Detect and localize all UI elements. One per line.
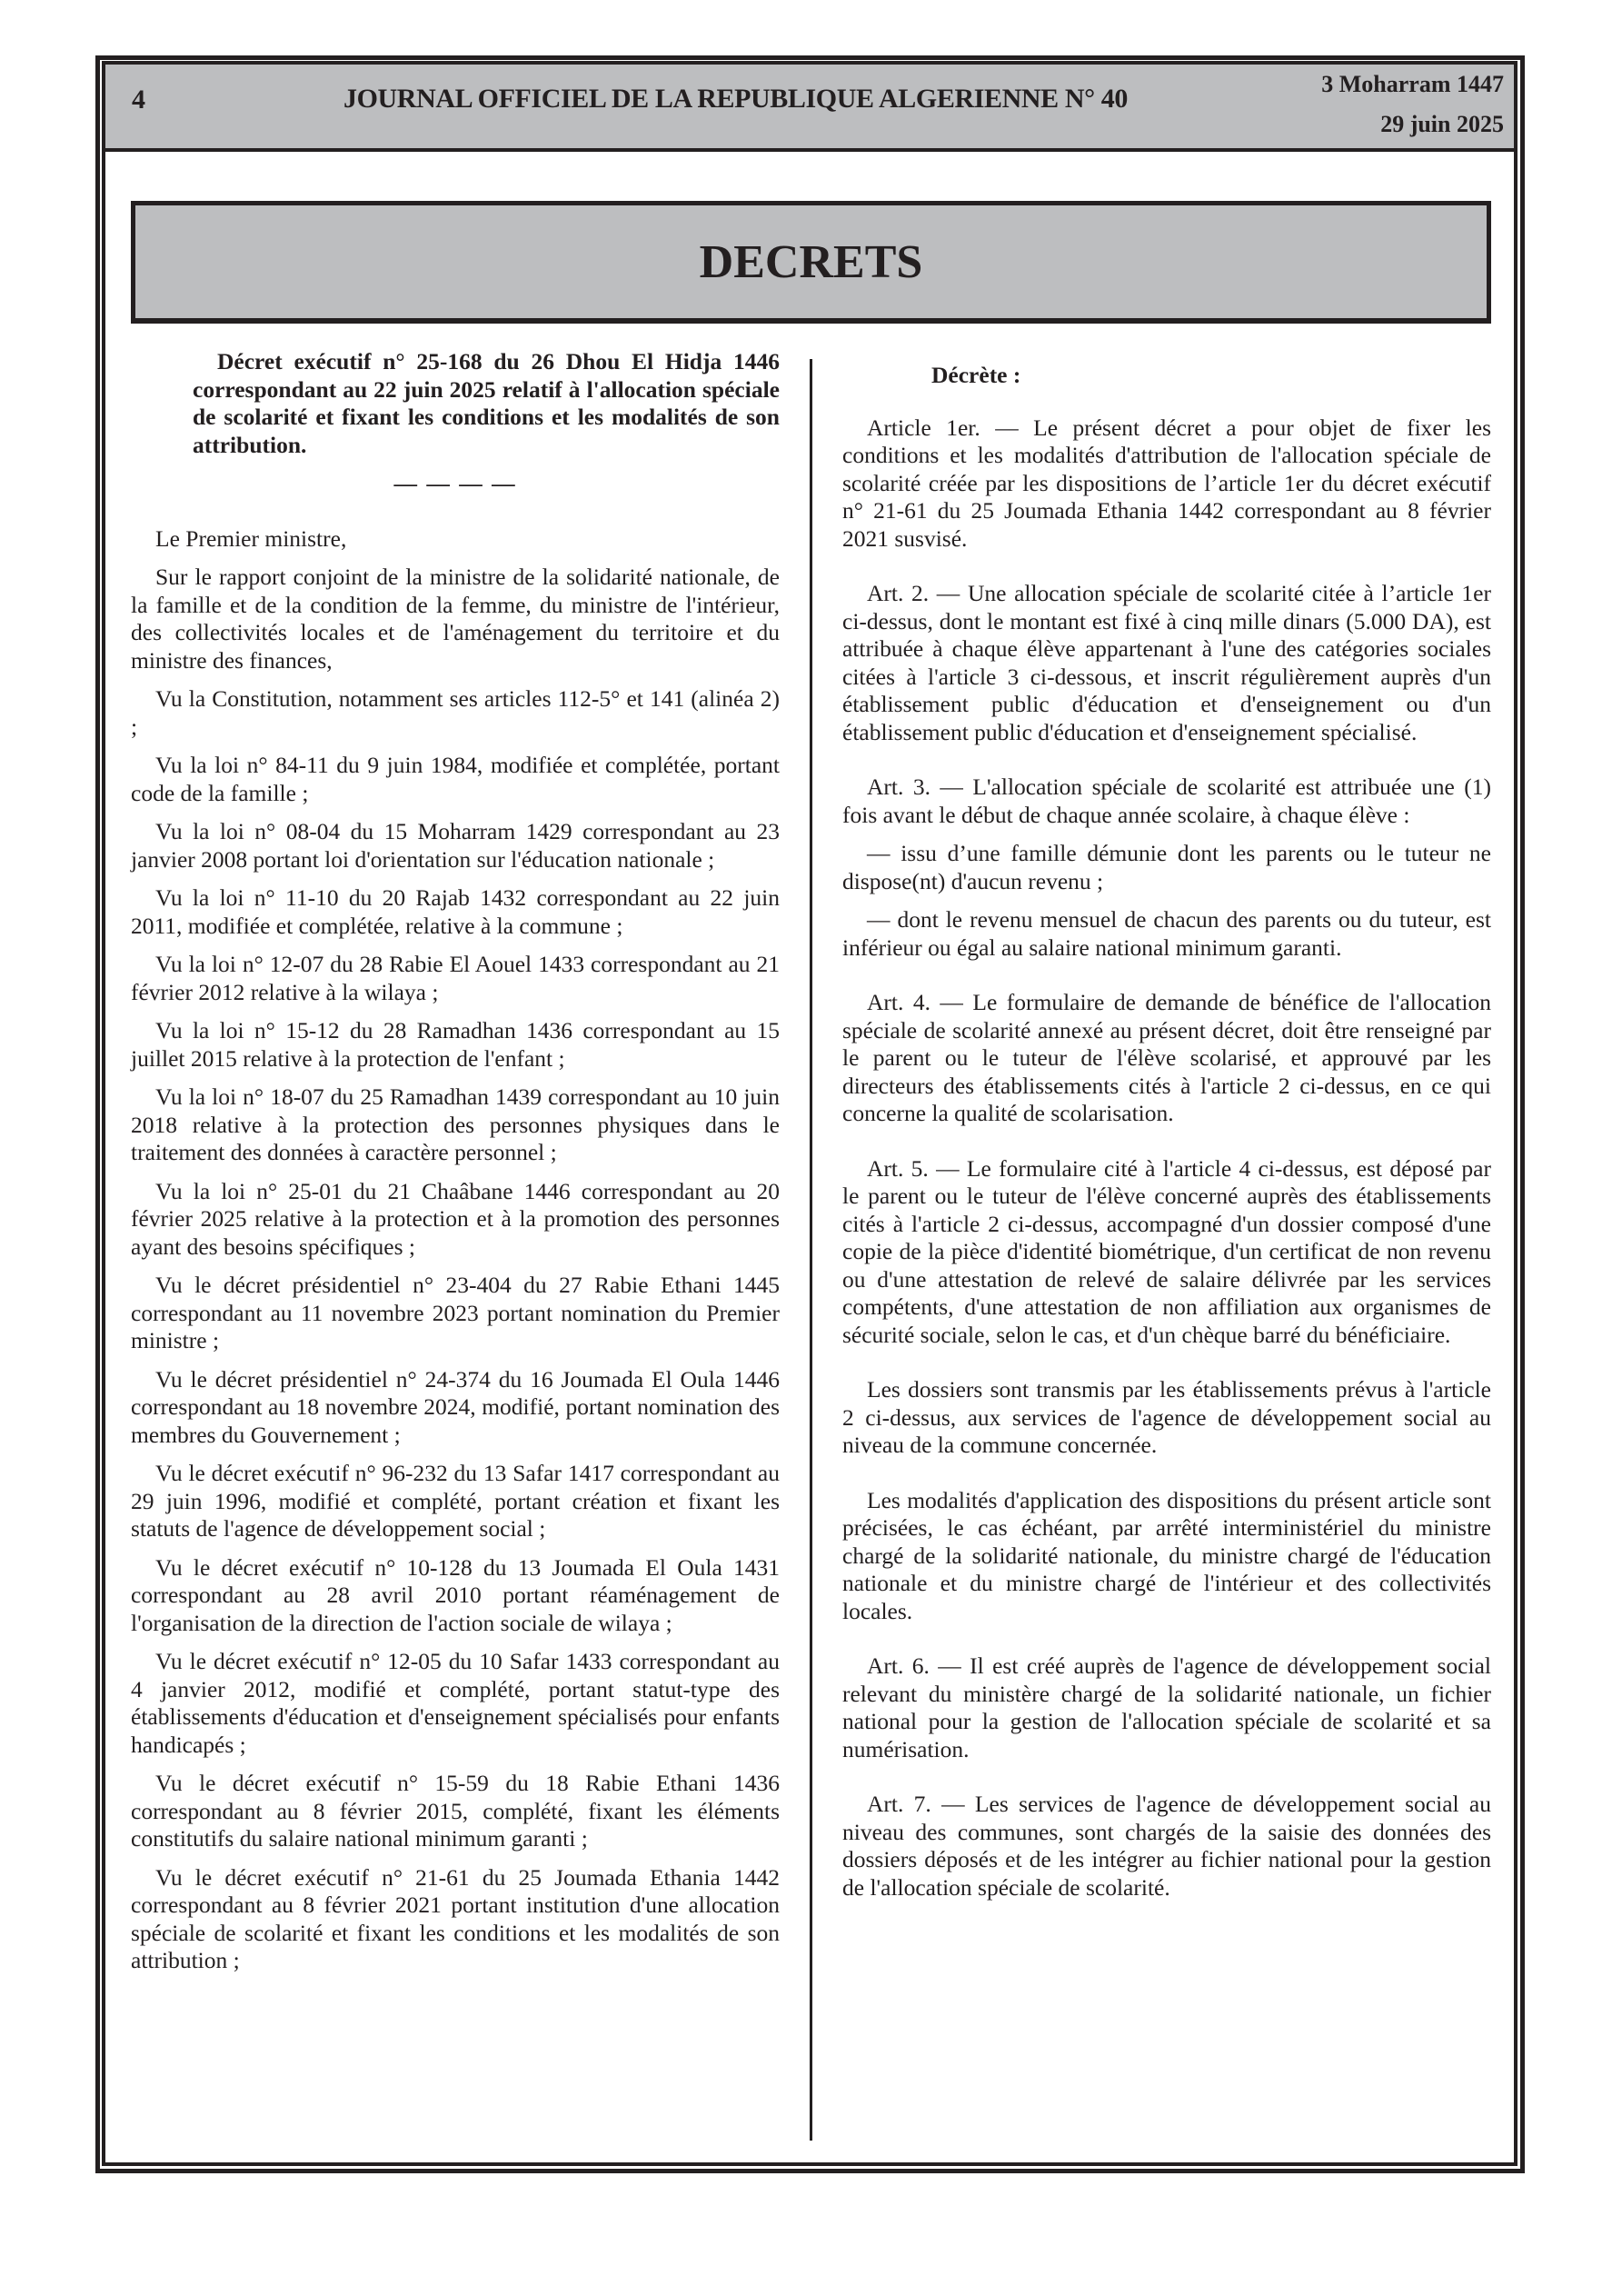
- preamble-paragraph: Le Premier ministre,: [131, 525, 780, 554]
- preamble-paragraph: Vu le décret présidentiel n° 24-374 du 1…: [131, 1366, 780, 1450]
- preamble-paragraph: Vu le décret exécutif n° 96-232 du 13 Sa…: [131, 1460, 780, 1543]
- right-column: Décrète : Article 1er. — Le présent décr…: [842, 348, 1491, 1929]
- preamble-paragraph: Vu la Constitution, notamment ses articl…: [131, 685, 780, 741]
- preamble-paragraph: Vu la loi n° 12-07 du 28 Rabie El Aouel …: [131, 951, 780, 1006]
- article-3: Art. 3. — L'allocation spéciale de scola…: [842, 774, 1491, 829]
- article-1: Article 1er. — Le présent décret a pour …: [842, 414, 1491, 554]
- preamble-paragraph: Vu la loi n° 15-12 du 28 Ramadhan 1436 c…: [131, 1017, 780, 1073]
- preamble-paragraph: Vu le décret exécutif n° 15-59 du 18 Rab…: [131, 1770, 780, 1853]
- decrees-label: Décrète :: [842, 362, 1491, 390]
- gregorian-date: 29 juin 2025: [1380, 111, 1504, 138]
- hijri-date: 3 Moharram 1447: [1321, 71, 1504, 98]
- preamble-paragraph: Vu la loi n° 08-04 du 15 Moharram 1429 c…: [131, 818, 780, 873]
- article-3-item: — dont le revenu mensuel de chacun des p…: [842, 906, 1491, 962]
- preamble-paragraph: Vu la loi n° 18-07 du 25 Ramadhan 1439 c…: [131, 1083, 780, 1167]
- preamble-paragraph: Vu la loi n° 11-10 du 20 Rajab 1432 corr…: [131, 884, 780, 940]
- article-5-paragraph: Les dossiers sont transmis par les établ…: [842, 1376, 1491, 1460]
- page-number: 4: [132, 85, 145, 115]
- preamble-paragraph: Sur le rapport conjoint de la ministre d…: [131, 564, 780, 674]
- article-4: Art. 4. — Le formulaire de demande de bé…: [842, 989, 1491, 1128]
- preamble-paragraph: Vu la loi n° 84-11 du 9 juin 1984, modif…: [131, 752, 780, 807]
- left-column: Décret exécutif n° 25-168 du 26 Dhou El …: [131, 348, 780, 1986]
- article-5: Art. 5. — Le formulaire cité à l'article…: [842, 1155, 1491, 1350]
- column-divider: [810, 359, 812, 2141]
- preamble-paragraph: Vu la loi n° 25-01 du 21 Chaâbane 1446 c…: [131, 1178, 780, 1262]
- article-3-item: — issu d’une famille démunie dont les pa…: [842, 840, 1491, 895]
- title-separator: — — — —: [131, 470, 780, 498]
- article-2: Art. 2. — Une allocation spéciale de sco…: [842, 580, 1491, 746]
- journal-title: JOURNAL OFFICIEL DE LA REPUBLIQUE ALGERI…: [343, 84, 1152, 115]
- preamble-paragraph: Vu le décret présidentiel n° 23-404 du 2…: [131, 1272, 780, 1355]
- article-6: Art. 6. — Il est créé auprès de l'agence…: [842, 1652, 1491, 1763]
- preamble-paragraph: Vu le décret exécutif n° 12-05 du 10 Saf…: [131, 1648, 780, 1759]
- preamble-paragraph: Vu le décret exécutif n° 21-61 du 25 Jou…: [131, 1864, 780, 1975]
- article-5-paragraph: Les modalités d'application des disposit…: [842, 1487, 1491, 1626]
- section-title: DECRETS: [700, 235, 923, 289]
- decree-title: Décret exécutif n° 25-168 du 26 Dhou El …: [131, 348, 780, 459]
- section-banner: DECRETS: [131, 201, 1491, 324]
- preamble-paragraph: Vu le décret exécutif n° 10-128 du 13 Jo…: [131, 1554, 780, 1638]
- article-7: Art. 7. — Les services de l'agence de dé…: [842, 1791, 1491, 1902]
